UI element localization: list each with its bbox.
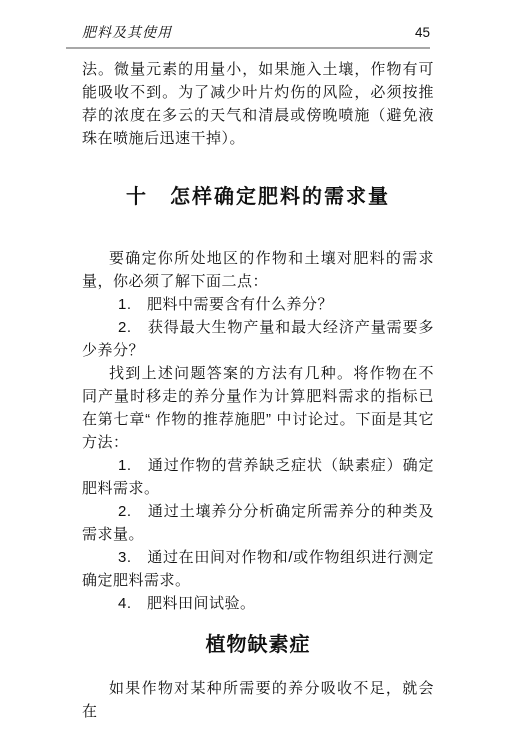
section-heading: 植物缺素症 [82, 631, 434, 659]
header-rule [66, 47, 430, 49]
chapter-heading: 十 怎样确定肥料的需求量 [82, 183, 434, 211]
page-number: 45 [415, 24, 434, 41]
running-header: 肥料及其使用 45 [82, 24, 434, 41]
book-page: 肥料及其使用 45 法。微量元素的用量小，如果施入土壤，作物有可能吸收不到。为了… [0, 0, 516, 729]
paragraph-section-intro: 如果作物对某种所需要的养分吸收不足，就会在 [82, 677, 434, 723]
list-item-question-2: 2. 获得最大生物产量和最大经济产量需要多少养分？ [82, 316, 434, 362]
list-item-question-1: 1. 肥料中需要含有什么养分？ [82, 293, 434, 316]
book-title: 肥料及其使用 [82, 24, 172, 41]
paragraph-continuation: 法。微量元素的用量小，如果施入土壤，作物有可能吸收不到。为了减少叶片灼伤的风险，… [82, 58, 434, 150]
list-item-method-1: 1. 通过作物的营养缺乏症状（缺素症）确定肥料需求。 [82, 454, 434, 500]
list-item-method-4: 4. 肥料田间试验。 [82, 592, 434, 615]
list-item-method-2: 2. 通过土壤养分分析确定所需养分的种类及需求量。 [82, 500, 434, 546]
paragraph-methods-intro: 找到上述问题答案的方法有几种。将作物在不同产量时移走的养分量作为计算肥料需求的指… [82, 362, 434, 454]
paragraph-intro: 要确定你所处地区的作物和土壤对肥料的需求量，你必须了解下面二点： [82, 247, 434, 293]
page-body: 法。微量元素的用量小，如果施入土壤，作物有可能吸收不到。为了减少叶片灼伤的风险，… [82, 58, 434, 723]
list-item-method-3: 3. 通过在田间对作物和/或作物组织进行测定确定肥料需求。 [82, 546, 434, 592]
